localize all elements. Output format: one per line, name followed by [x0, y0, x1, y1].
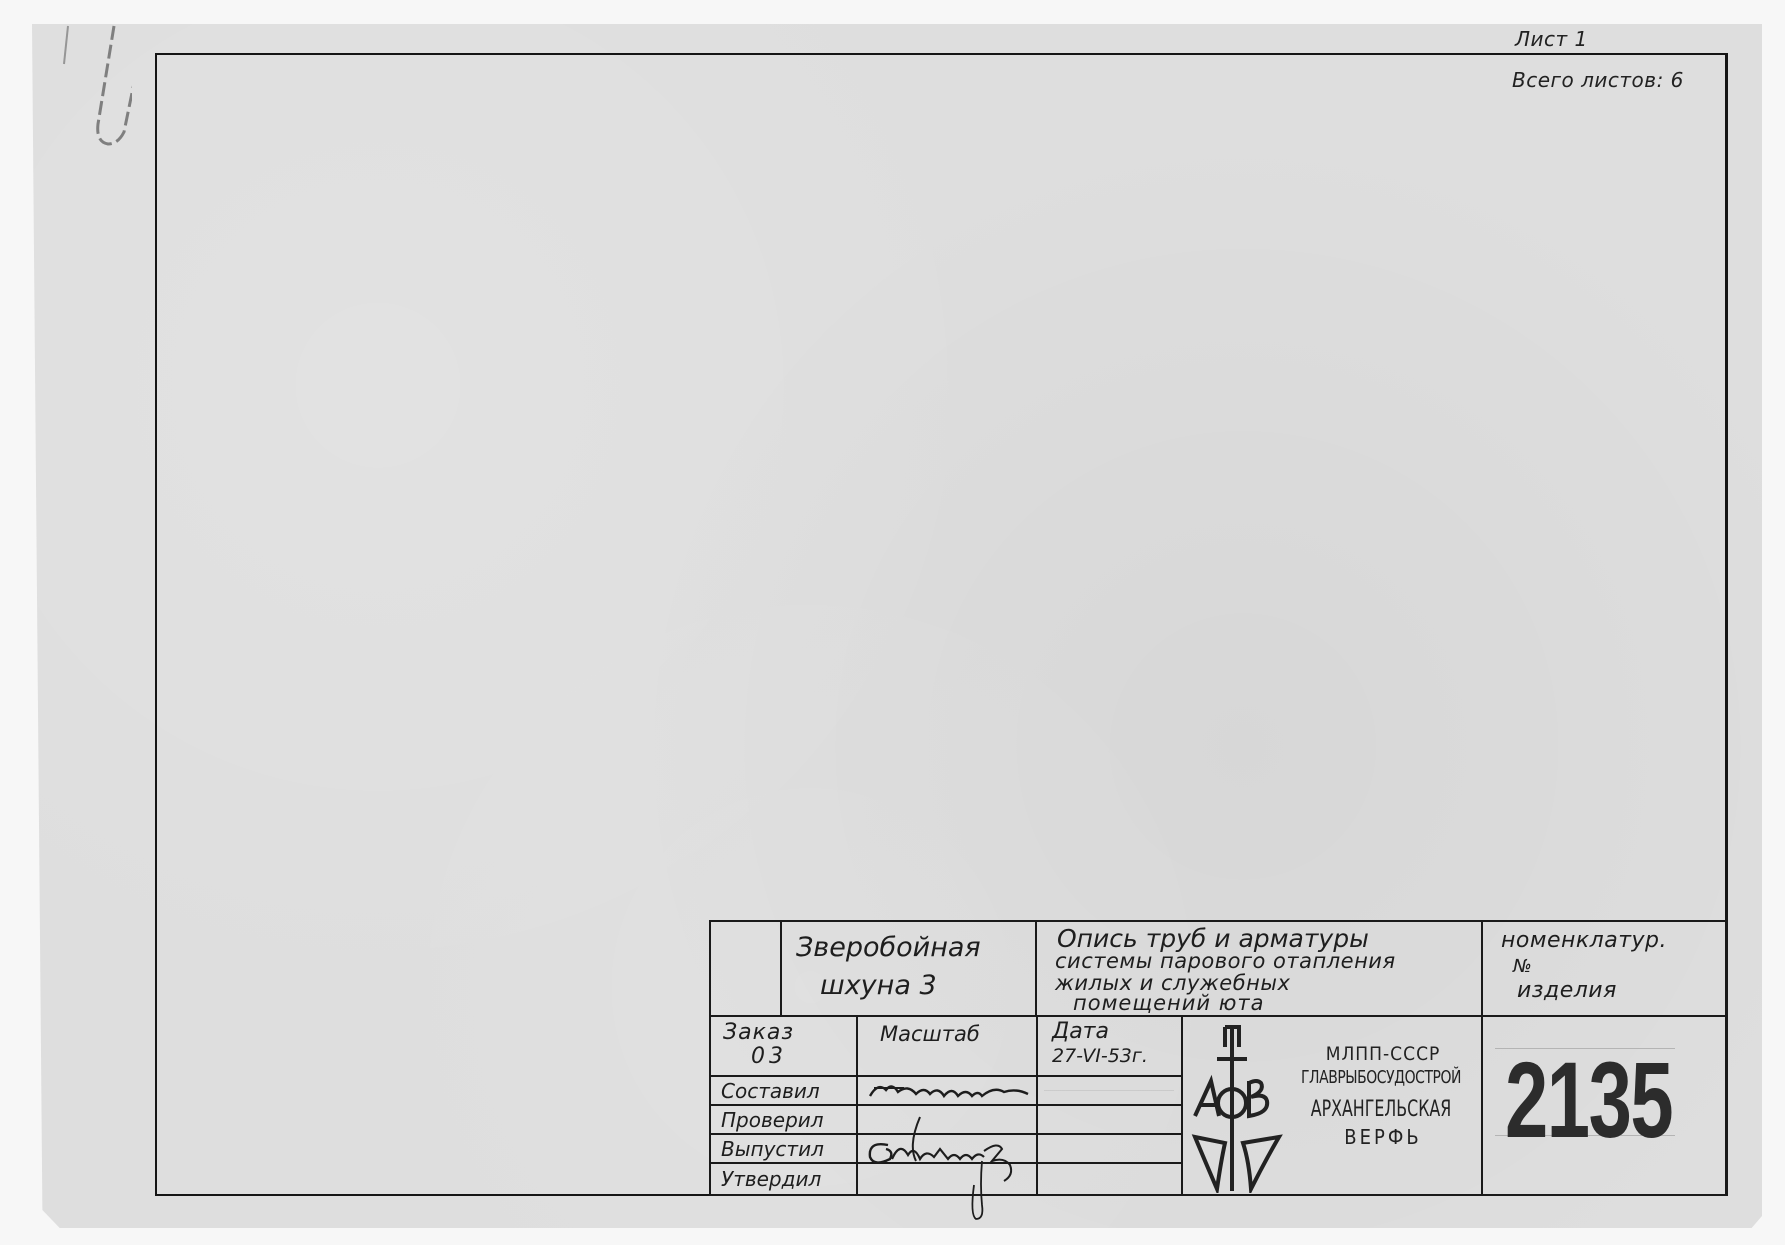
role-label: Проверил: [721, 1108, 824, 1132]
vessel-name-line2: шхуна 3: [820, 970, 937, 1001]
role-row-checked: Проверил: [709, 1104, 858, 1135]
nomenclature-label-1: номенклатур.: [1501, 928, 1667, 953]
date-label: Дата: [1052, 1019, 1109, 1044]
org-ministry: МЛПП-СССР: [1303, 1043, 1463, 1065]
nomenclature-cell: номенклатур. № изделия: [1481, 920, 1728, 1017]
asv-logo-icon: [1187, 1021, 1287, 1193]
date-cell-checked: [1036, 1104, 1183, 1135]
total-sheets: Всего листов: 6: [1512, 68, 1684, 92]
org-city: АРХАНГЕЛЬСКАЯ: [1301, 1097, 1461, 1122]
stamp-smudge: [1044, 1090, 1174, 1091]
nomenclature-label-2: №: [1513, 956, 1532, 977]
order-label: Заказ: [723, 1020, 794, 1045]
item-number-cell: 2135: [1481, 1015, 1728, 1196]
role-row-approved: Утвердил: [709, 1162, 858, 1196]
role-row-compiled: Составил: [709, 1075, 858, 1106]
date-cell-released: [1036, 1133, 1183, 1164]
scale-label: Масштаб: [880, 1022, 980, 1046]
description-line-4: помещений юта: [1073, 991, 1265, 1015]
role-label: Составил: [721, 1079, 820, 1103]
role-label: Утвердил: [721, 1167, 821, 1191]
signature-released-icon: [864, 1115, 1044, 1225]
role-row-released: Выпустил: [709, 1133, 858, 1164]
vessel-cell: Зверобойная шхуна 3: [780, 920, 1037, 1017]
date-cell: Дата 27-VI-53г.: [1036, 1015, 1183, 1077]
paper-clip-mark-icon: [62, 24, 132, 149]
description-cell: Опись труб и арматуры сиcтемы парового о…: [1035, 920, 1483, 1017]
date-cell-approved: [1036, 1162, 1183, 1196]
description-line-2: сиcтемы парового отапления: [1055, 949, 1396, 973]
item-number: 2135: [1505, 1037, 1672, 1162]
vessel-name-line1: Зверобойная: [796, 932, 981, 963]
date-value: 27-VI-53г.: [1052, 1045, 1148, 1067]
org-department: ГЛАВРЫБОСУДОСТРОЙ: [1295, 1067, 1467, 1088]
title-block: Зверобойная шхуна 3 Опись труб и арматур…: [709, 920, 1728, 1196]
order-value: 03: [751, 1044, 787, 1069]
nomenclature-label-3: изделия: [1517, 978, 1617, 1003]
sheet-number: Лист 1: [1515, 27, 1588, 51]
organization-cell: МЛПП-СССР ГЛАВРЫБОСУДОСТРОЙ АРХАНГЕЛЬСКА…: [1181, 1015, 1483, 1196]
org-shipyard: ВЕРФЬ: [1303, 1125, 1463, 1149]
order-cell: Заказ 03: [709, 1015, 858, 1077]
signature-compiled-icon: [864, 1078, 1034, 1106]
scale-cell: Масштаб: [856, 1015, 1038, 1077]
role-label: Выпустил: [721, 1137, 824, 1161]
blank-cell: [709, 920, 782, 1017]
